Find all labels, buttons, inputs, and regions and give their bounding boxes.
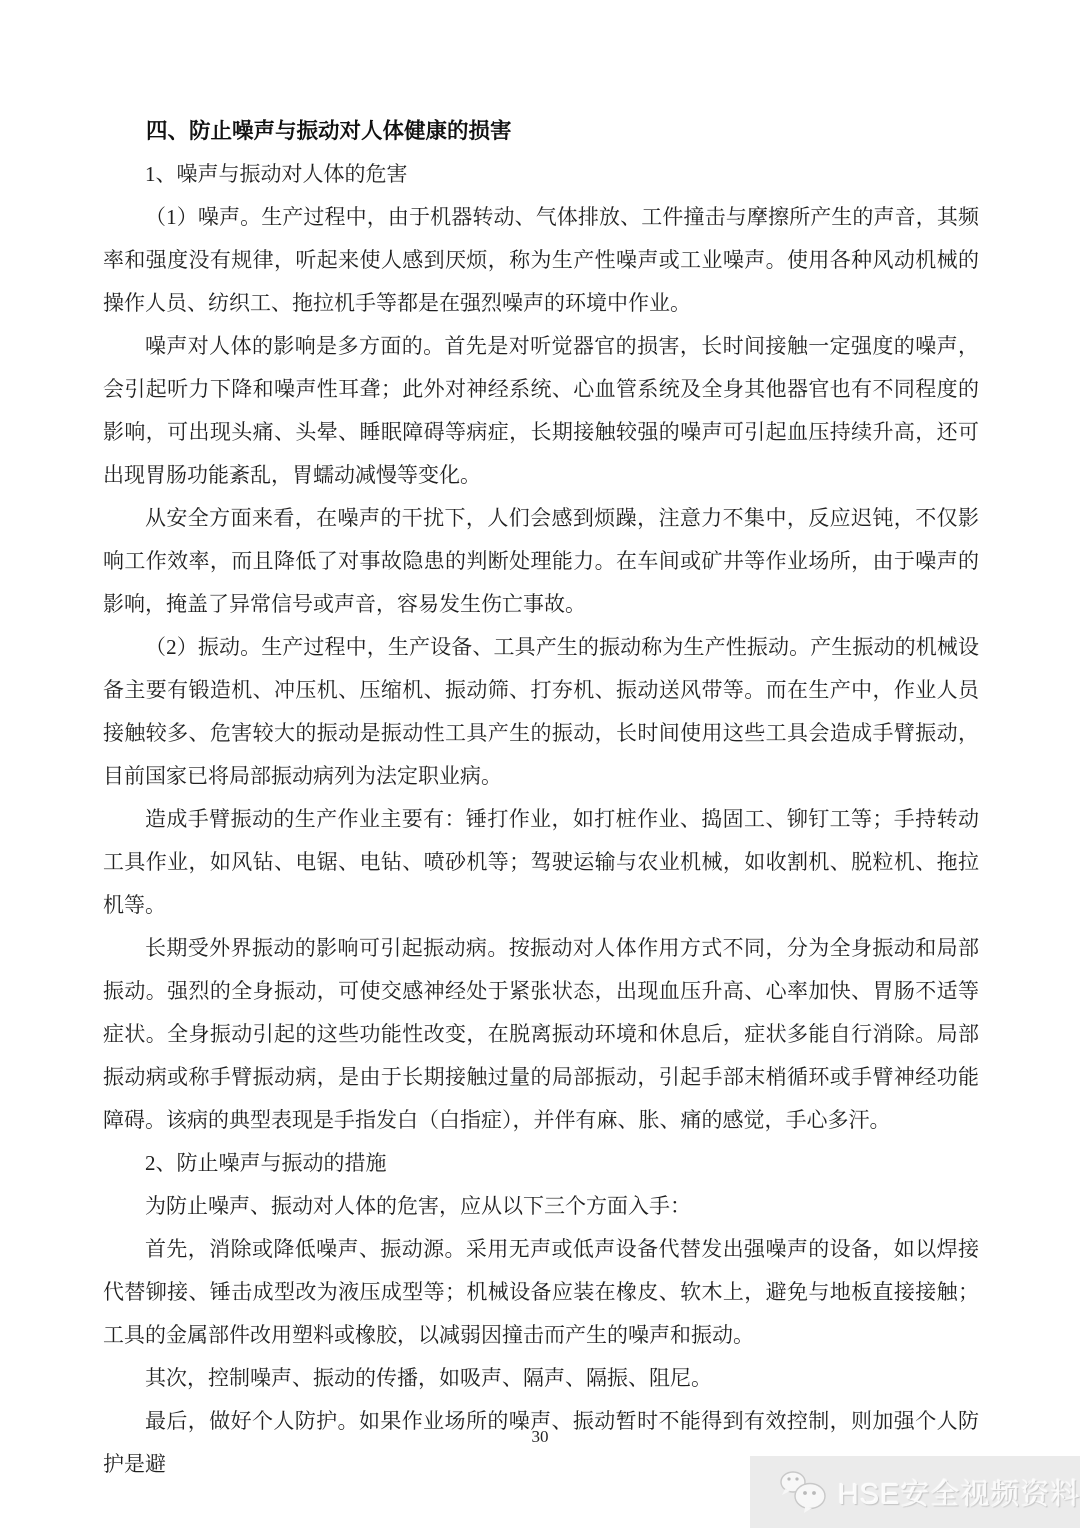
paragraph: 首先，消除或降低噪声、振动源。采用无声或低声设备代替发出强噪声的设备，如以焊接代… xyxy=(103,1228,979,1357)
paragraph: （1）噪声。生产过程中，由于机器转动、气体排放、工件撞击与摩擦所产生的声音，其频… xyxy=(103,196,979,325)
watermark-text: HSE安全视频资料库 xyxy=(838,1472,1080,1513)
paragraph: 其次，控制噪声、振动的传播，如吸声、隔声、隔振、阻尼。 xyxy=(103,1357,979,1400)
document-content: 四、防止噪声与振动对人体健康的损害 1、噪声与振动对人体的危害 （1）噪声。生产… xyxy=(103,110,979,1486)
page-number: 30 xyxy=(0,1427,1080,1447)
paragraph: 从安全方面来看，在噪声的干扰下，人们会感到烦躁，注意力不集中，反应迟钝，不仅影响… xyxy=(103,497,979,626)
paragraph: （2）振动。生产过程中，生产设备、工具产生的振动称为生产性振动。产生振动的机械设… xyxy=(103,626,979,798)
paragraph: 长期受外界振动的影响可引起振动病。按振动对人体作用方式不同，分为全身振动和局部振… xyxy=(103,927,979,1142)
wechat-icon xyxy=(778,1470,830,1514)
watermark-bar: HSE安全视频资料库 xyxy=(750,1456,1080,1528)
subsection-heading-2: 2、防止噪声与振动的措施 xyxy=(103,1142,979,1185)
document-title: 四、防止噪声与振动对人体健康的损害 xyxy=(103,110,979,153)
paragraph: 噪声对人体的影响是多方面的。首先是对听觉器官的损害，长时间接触一定强度的噪声，会… xyxy=(103,325,979,497)
subsection-heading-1: 1、噪声与振动对人体的危害 xyxy=(103,153,979,196)
paragraph: 为防止噪声、振动对人体的危害，应从以下三个方面入手： xyxy=(103,1185,979,1228)
document-page: 四、防止噪声与振动对人体健康的损害 1、噪声与振动对人体的危害 （1）噪声。生产… xyxy=(0,0,1080,1528)
paragraph: 造成手臂振动的生产作业主要有：锤打作业，如打桩作业、捣固工、铆钉工等；手持转动工… xyxy=(103,798,979,927)
